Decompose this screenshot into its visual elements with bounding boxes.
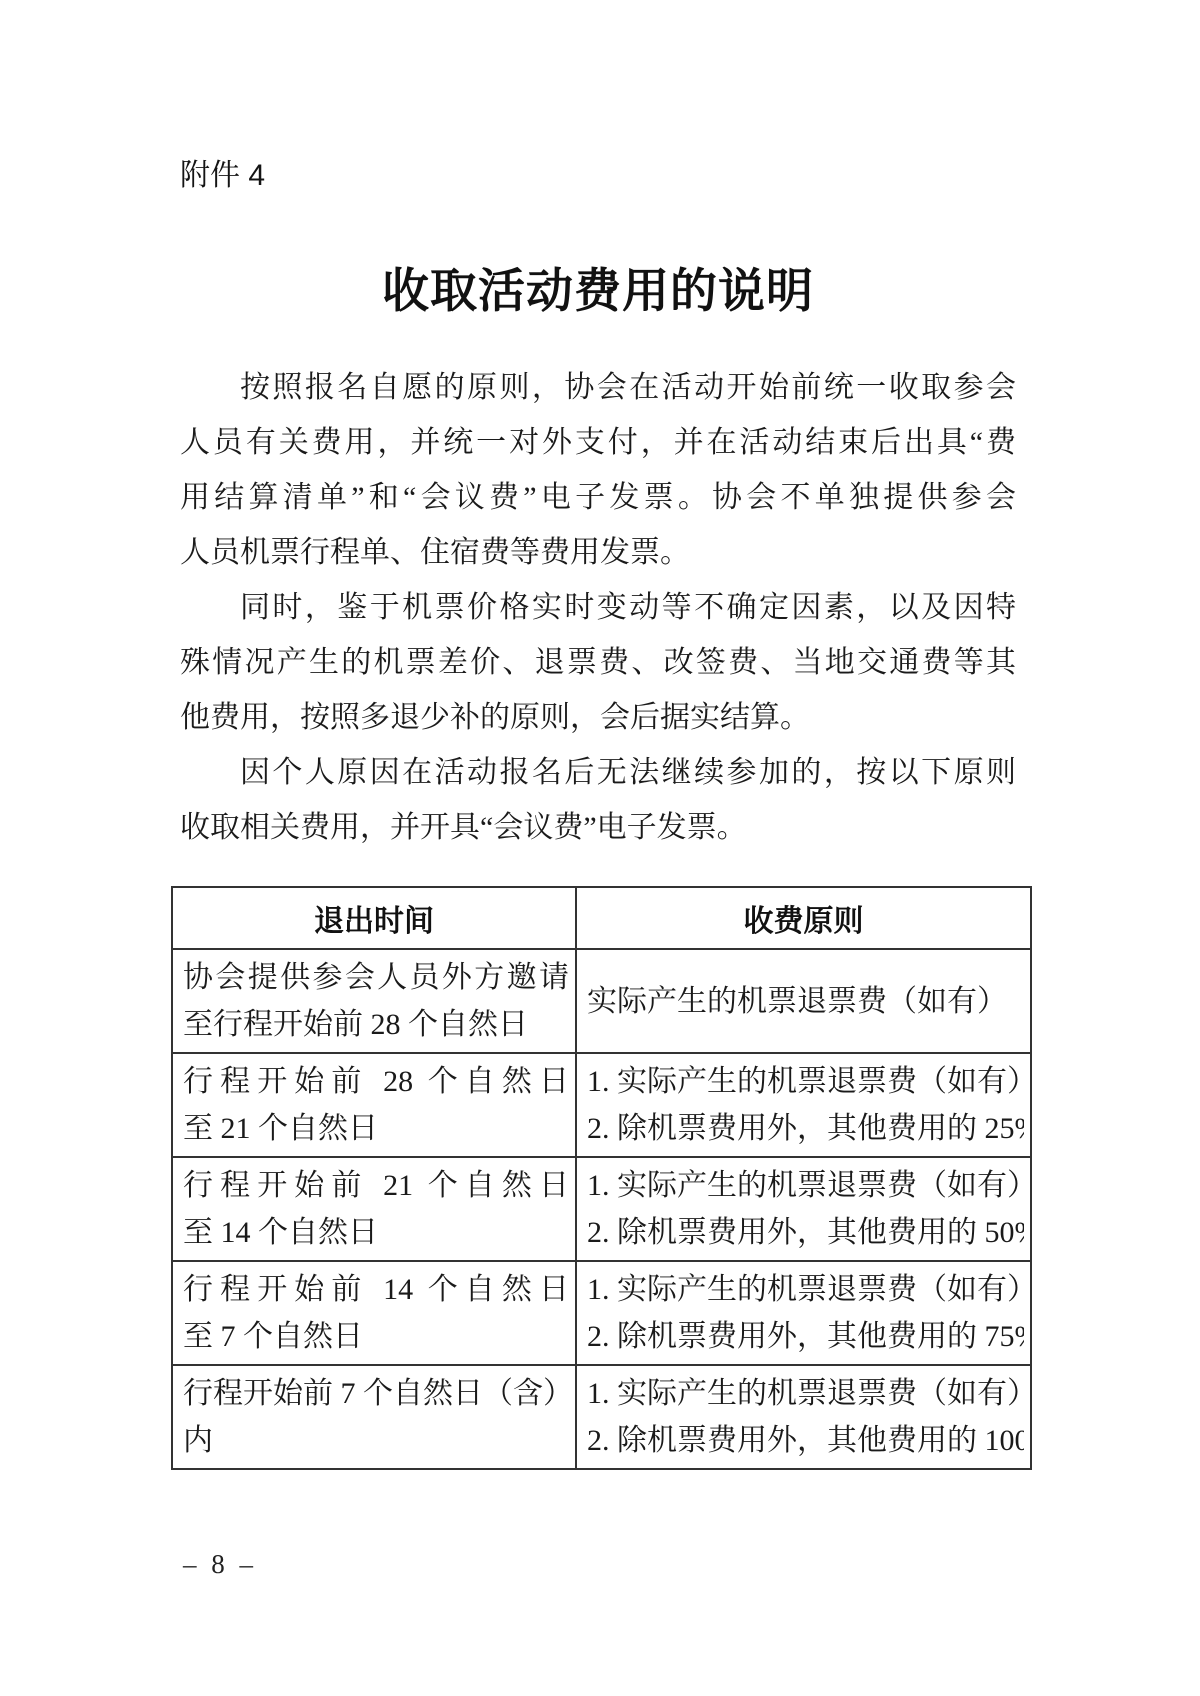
fee-table: 退出时间 收费原则 协会提供参会人员外方邀请信 至行程开始前 28 个自然日 实… (171, 886, 1032, 1470)
page-title: 收取活动费用的说明 (180, 254, 1016, 321)
table-row: 行程开始前 21 个自然日（含） 至 14 个自然日 1. 实际产生的机票退票费… (172, 1157, 1031, 1261)
fee-principle-cell: 1. 实际产生的机票退票费（如有） 2. 除机票费用外，其他费用的 25% (576, 1053, 1031, 1157)
cell-line: 1. 实际产生的机票退票费（如有） (587, 1058, 1024, 1105)
cell-line: 行程开始前 14 个自然日（含） (183, 1266, 569, 1313)
table-row: 行程开始前 14 个自然日（含） 至 7 个自然日 1. 实际产生的机票退票费（… (172, 1261, 1031, 1365)
paragraph-line: 他费用，按照多退少补的原则，会后据实结算。 (180, 690, 1016, 745)
cell-line: 行程开始前 7 个自然日（含） (183, 1370, 569, 1417)
cell-line: 2. 除机票费用外，其他费用的 50% (587, 1209, 1024, 1256)
exit-time-cell: 行程开始前 14 个自然日（含） 至 7 个自然日 (172, 1261, 576, 1365)
paragraph-line: 殊情况产生的机票差价、退票费、改签费、当地交通费等其 (180, 635, 1016, 690)
paragraph-line: 用结算清单”和“会议费”电子发票。协会不单独提供参会 (180, 470, 1016, 525)
fee-principle-cell: 1. 实际产生的机票退票费（如有） 2. 除机票费用外，其他费用的 50% (576, 1157, 1031, 1261)
paragraph-line: 因个人原因在活动报名后无法继续参加的，按以下原则 (180, 745, 1016, 800)
paragraph-line: 人员机票行程单、住宿费等费用发票。 (180, 525, 1016, 580)
exit-time-cell: 行程开始前 21 个自然日（含） 至 14 个自然日 (172, 1157, 576, 1261)
paragraph-line: 按照报名自愿的原则，协会在活动开始前统一收取参会 (180, 360, 1016, 415)
cell-line: 内 (183, 1417, 569, 1464)
attachment-label: 附件 4 (180, 150, 265, 194)
column-header-exit-time: 退出时间 (172, 887, 576, 949)
cell-line: 2. 除机票费用外，其他费用的 75% (587, 1313, 1024, 1360)
exit-time-cell: 行程开始前 7 个自然日（含） 内 (172, 1365, 576, 1469)
fee-principle-cell: 1. 实际产生的机票退票费（如有） 2. 除机票费用外，其他费用的 75% (576, 1261, 1031, 1365)
cell-line: 至 14 个自然日 (183, 1209, 569, 1256)
document-page: 附件 4 收取活动费用的说明 按照报名自愿的原则，协会在活动开始前统一收取参会 … (0, 0, 1200, 1696)
exit-time-cell: 协会提供参会人员外方邀请信 至行程开始前 28 个自然日 (172, 949, 576, 1053)
cell-line: 实际产生的机票退票费（如有） (587, 978, 1024, 1025)
paragraph-line: 同时，鉴于机票价格实时变动等不确定因素，以及因特 (180, 580, 1016, 635)
table-row: 协会提供参会人员外方邀请信 至行程开始前 28 个自然日 实际产生的机票退票费（… (172, 949, 1031, 1053)
cell-line: 1. 实际产生的机票退票费（如有） (587, 1266, 1024, 1313)
page-number: – 8 – (183, 1549, 257, 1580)
column-header-fee-principle: 收费原则 (576, 887, 1031, 949)
paragraph-line: 收取相关费用，并开具“会议费”电子发票。 (180, 800, 1016, 855)
fee-principle-cell: 实际产生的机票退票费（如有） (576, 949, 1031, 1053)
cell-line: 行程开始前 21 个自然日（含） (183, 1162, 569, 1209)
fee-principle-cell: 1. 实际产生的机票退票费（如有） 2. 除机票费用外，其他费用的 100% (576, 1365, 1031, 1469)
table-row: 行程开始前 28 个自然日（含） 至 21 个自然日 1. 实际产生的机票退票费… (172, 1053, 1031, 1157)
body-text: 按照报名自愿的原则，协会在活动开始前统一收取参会 人员有关费用，并统一对外支付，… (180, 360, 1016, 855)
cell-line: 至行程开始前 28 个自然日 (183, 1001, 569, 1048)
cell-line: 1. 实际产生的机票退票费（如有） (587, 1162, 1024, 1209)
cell-line: 2. 除机票费用外，其他费用的 25% (587, 1105, 1024, 1152)
table-header-row: 退出时间 收费原则 (172, 887, 1031, 949)
exit-time-cell: 行程开始前 28 个自然日（含） 至 21 个自然日 (172, 1053, 576, 1157)
cell-line: 至 7 个自然日 (183, 1313, 569, 1360)
cell-line: 协会提供参会人员外方邀请信 (183, 954, 569, 1001)
cell-line: 至 21 个自然日 (183, 1105, 569, 1152)
cell-line: 行程开始前 28 个自然日（含） (183, 1058, 569, 1105)
cell-line: 1. 实际产生的机票退票费（如有） (587, 1370, 1024, 1417)
table-row: 行程开始前 7 个自然日（含） 内 1. 实际产生的机票退票费（如有） 2. 除… (172, 1365, 1031, 1469)
cell-line: 2. 除机票费用外，其他费用的 100% (587, 1417, 1024, 1464)
paragraph-line: 人员有关费用，并统一对外支付，并在活动结束后出具“费 (180, 415, 1016, 470)
